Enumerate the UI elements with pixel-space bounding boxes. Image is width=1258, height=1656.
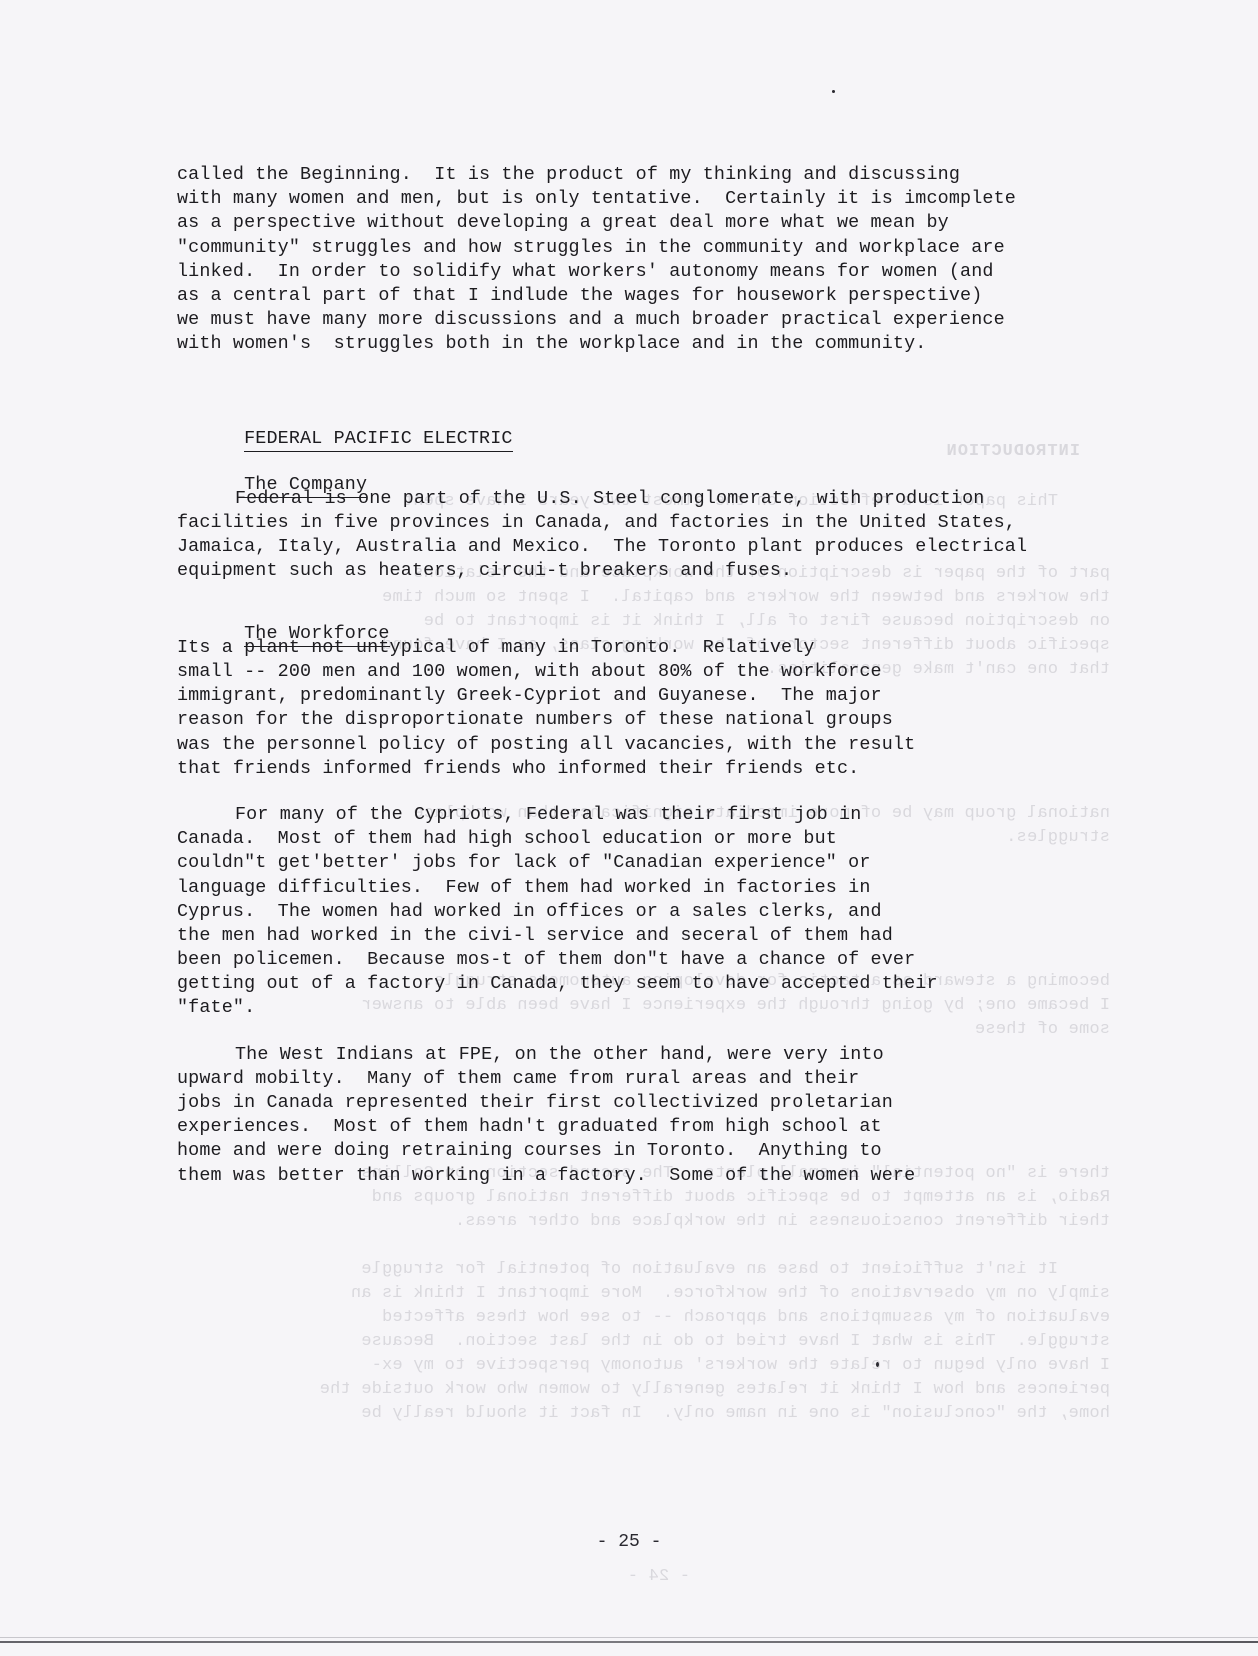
text-line: immigrant, predominantly Greek-Cypriot a… [177,684,1177,708]
text-line: the men had worked in the civi-l service… [177,924,1177,948]
text-line: linked. In order to solidify what worker… [177,260,1177,284]
text-line: equipment such as heaters, circui-t brea… [177,559,1177,583]
bleed-through-line: their different consciousness in the wor… [319,1210,1110,1234]
scan-speck [832,90,835,93]
bleed-through-line: periences and how I think it relates gen… [319,1378,1110,1402]
document-page: INTRODUCTION This paper is a reflection … [0,0,1258,1656]
text-line: home and were doing retraining courses i… [177,1139,1177,1163]
text-line: them was better than working in a factor… [177,1164,1177,1188]
text-line: as a perspective without developing a gr… [177,211,1177,235]
bleed-through-line: simply on my observations of the workfor… [319,1282,1110,1306]
subheading-line-company: The Company [177,449,1177,473]
text-line: that friends informed friends who inform… [177,757,1177,781]
section-heading-line: FEDERAL PACIFIC ELECTRIC [177,403,1177,427]
text-line: as a central part of that I indlude the … [177,284,1177,308]
text-line: For many of the Cypriots, Federal was th… [177,803,1177,827]
bleed-through-line: home, the "conclusion" is one in name on… [319,1402,1110,1426]
text-line: "community" struggles and how struggles … [177,236,1177,260]
company-paragraph: Federal is one part of the U.S. Steel co… [177,487,1177,584]
document-body: called the Beginning. It is the product … [177,163,1177,1188]
workforce-paragraph-3: The West Indians at FPE, on the other ha… [177,1043,1177,1188]
text-line: experiences. Most of them hadn't graduat… [177,1115,1177,1139]
text-line: upward mobilty. Many of them came from r… [177,1067,1177,1091]
bleed-through-line: It isn't sufficient to base an evaluatio… [319,1258,1110,1282]
text-line: couldn"t get'better' jobs for lack of "C… [177,851,1177,875]
text-line: getting out of a factory in Canada, they… [177,972,1177,996]
text-line: facilities in five provinces in Canada, … [177,511,1177,535]
text-line: Federal is one part of the U.S. Steel co… [177,487,1177,511]
bleed-through-line: Radio, is an attempt to be specific abou… [319,1186,1110,1210]
text-line: language difficulties. Few of them had w… [177,876,1177,900]
text-line: been policemen. Because mos-t of them do… [177,948,1177,972]
bleed-through-line: evaluation of my assumptions and approac… [319,1306,1110,1330]
text-line: with many women and men, but is only ten… [177,187,1177,211]
subheading-line-workforce: The Workforce [177,598,1177,622]
text-line: "fate". [177,996,1177,1020]
page-edge-shadow [0,1637,1258,1638]
workforce-paragraph-1: Its a plant not untypical of many in Tor… [177,636,1177,781]
bleed-through-page-number: - 24 - [628,1565,690,1589]
intro-paragraph: called the Beginning. It is the product … [177,163,1177,357]
text-line: Jamaica, Italy, Australia and Mexico. Th… [177,535,1177,559]
text-line: with women's struggles both in the workp… [177,332,1177,356]
page-number: - 25 - [0,1532,1258,1552]
workforce-paragraph-2: For many of the Cypriots, Federal was th… [177,803,1177,1021]
text-line: small -- 200 men and 100 women, with abo… [177,660,1177,684]
text-line: jobs in Canada represented their first c… [177,1091,1177,1115]
bleed-through-line: I have only begun to relate the workers'… [319,1354,1110,1378]
text-line: Cyprus. The women had worked in offices … [177,900,1177,924]
text-line: was the personnel policy of posting all … [177,733,1177,757]
text-line: called the Beginning. It is the product … [177,163,1177,187]
bleed-through-line [319,1234,1110,1258]
text-line: The West Indians at FPE, on the other ha… [177,1043,1177,1067]
text-line: Canada. Most of them had high school edu… [177,827,1177,851]
section-title: FEDERAL PACIFIC ELECTRIC [244,428,512,452]
text-line: we must have many more discussions and a… [177,308,1177,332]
text-line: reason for the disproportionate numbers … [177,708,1177,732]
bleed-through-line: struggle. This is what I have tried to d… [319,1330,1110,1354]
scan-speck [876,1362,879,1367]
page-bottom-edge [0,1641,1258,1643]
text-line: Its a plant not untypical of many in Tor… [177,636,1177,660]
